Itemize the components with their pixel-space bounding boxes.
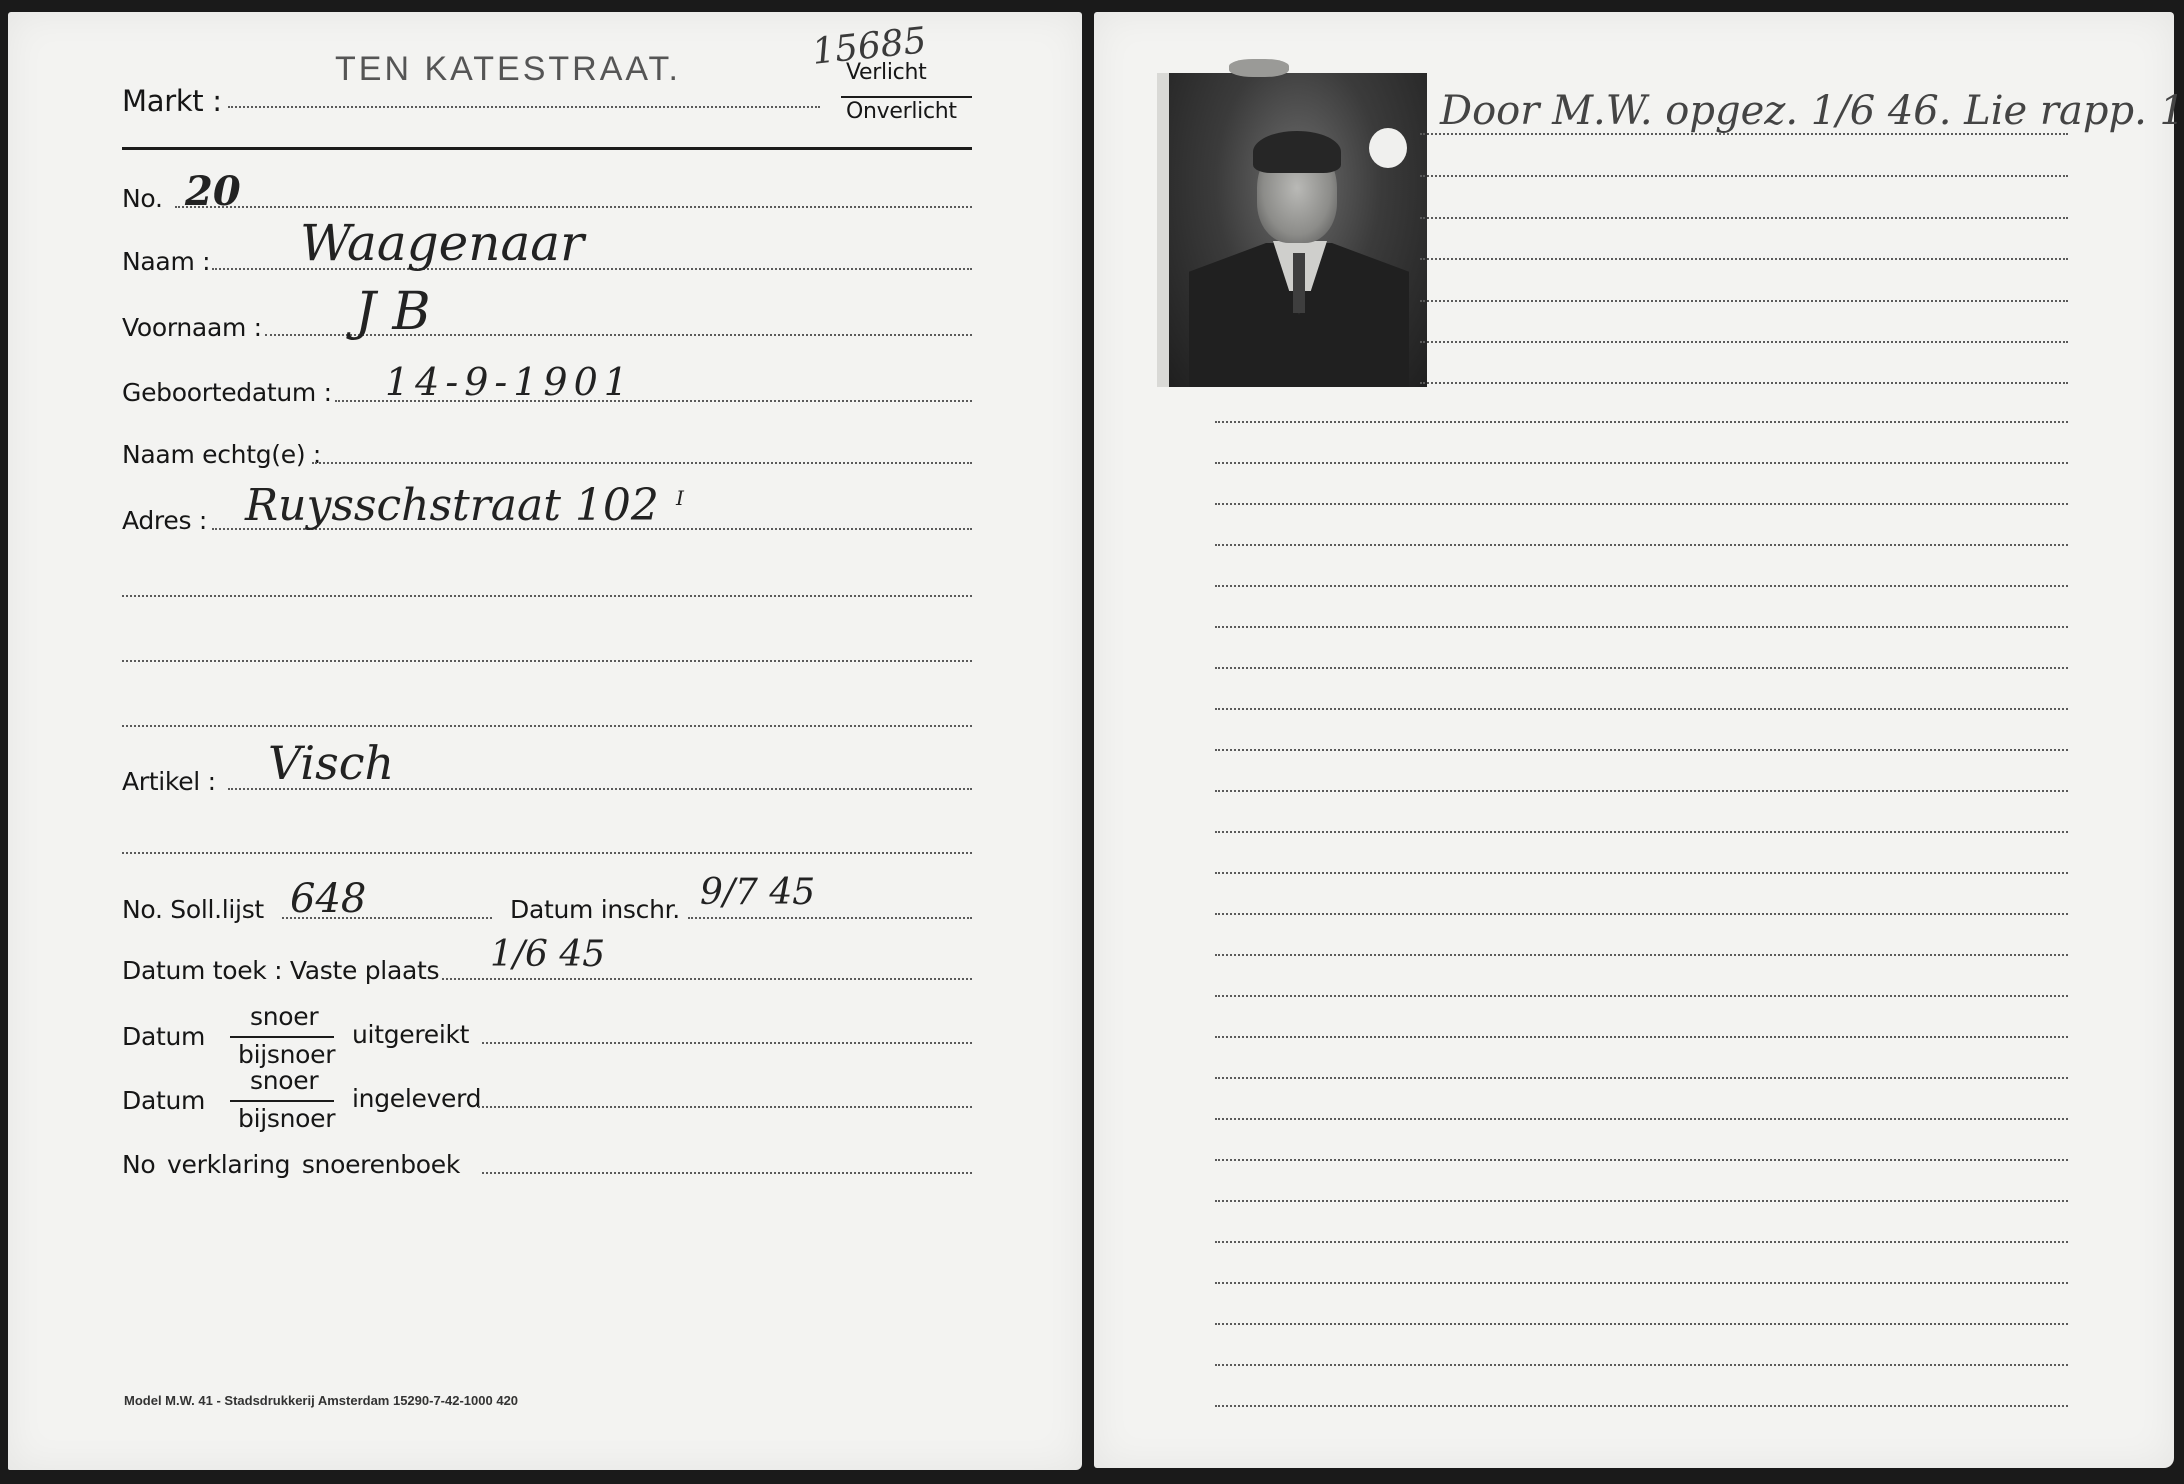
note-line[interactable] [1215, 503, 2068, 505]
naam-value: Waagenaar [300, 214, 584, 272]
note-line[interactable] [1420, 217, 2068, 219]
datum-inschr-label: Datum inschr. [510, 895, 680, 924]
datum-inschr-field[interactable] [688, 917, 972, 919]
photo-hair [1253, 131, 1341, 173]
onverlicht-option: Onverlicht [846, 99, 957, 124]
uitgereikt-label: uitgereikt [352, 1020, 469, 1049]
naam-echtgenote-label: Naam echtg(e) : [122, 440, 321, 469]
note-line[interactable] [1215, 1405, 2068, 1407]
voornaam-label: Voornaam : [122, 313, 262, 342]
datum-toek-label: Datum toek : Vaste plaats [122, 956, 439, 985]
note-line[interactable] [1215, 421, 2068, 423]
portrait-photo [1157, 73, 1427, 387]
fraction-top-snoer: snoer [250, 1066, 318, 1095]
adres-continued-line-3[interactable] [122, 725, 972, 727]
artikel-value: Visch [268, 736, 394, 790]
datum-ingeleverd-prefix: Datum [122, 1086, 205, 1115]
adres-value: Ruysschstraat 102 [245, 480, 659, 531]
note-line[interactable] [1420, 382, 2068, 384]
note-line[interactable] [1215, 1364, 2068, 1366]
no-verklaring-label: No verklaring snoerenboek [122, 1150, 460, 1179]
note-line[interactable] [1215, 954, 2068, 956]
note-line[interactable] [1215, 1159, 2068, 1161]
note-line[interactable] [1420, 300, 2068, 302]
note-line[interactable] [1215, 995, 2068, 997]
market-stamp: TEN KATESTRAAT. [335, 50, 681, 89]
header-rule [122, 147, 972, 150]
note-line[interactable] [1215, 872, 2068, 874]
adres-continued-line-2[interactable] [122, 660, 972, 662]
datum-inschr-value: 9/7 45 [700, 872, 815, 913]
markt-label: Markt : [122, 84, 222, 118]
adres-floor: I [676, 486, 684, 510]
note-line[interactable] [1215, 708, 2068, 710]
note-line[interactable] [1215, 585, 2068, 587]
note-line[interactable] [1215, 1077, 2068, 1079]
artikel-label: Artikel : [122, 767, 216, 796]
no-field[interactable] [175, 206, 972, 208]
datum-uitgereikt-field[interactable] [482, 1042, 972, 1044]
adres-label: Adres : [122, 506, 207, 535]
datum-uitgereikt-prefix: Datum [122, 1022, 205, 1051]
datum-toek-value: 1/6 45 [490, 934, 605, 975]
note-line[interactable] [1215, 667, 2068, 669]
note-line[interactable] [1420, 341, 2068, 343]
markt-field[interactable] [228, 106, 820, 108]
note-line[interactable] [1215, 1118, 2068, 1120]
note-line[interactable] [1215, 1323, 2068, 1325]
geboortedatum-label: Geboortedatum : [122, 378, 332, 407]
datum-toek-field[interactable] [442, 978, 972, 980]
fraction-top-snoer: snoer [250, 1002, 318, 1031]
no-soll-lijst-value: 648 [290, 876, 366, 922]
note-line[interactable] [1420, 258, 2068, 260]
note-line[interactable] [1215, 462, 2068, 464]
fraction-line [230, 1100, 334, 1102]
note-line[interactable] [1215, 749, 2068, 751]
photo-tie [1293, 253, 1305, 313]
naam-echtgenote-field[interactable] [312, 462, 972, 464]
note-line[interactable] [1420, 175, 2068, 177]
form-footer: Model M.W. 41 - Stadsdrukkerij Amsterdam… [124, 1393, 518, 1408]
photo-damage-hole [1369, 128, 1407, 168]
note-line[interactable] [1215, 544, 2068, 546]
note-line[interactable] [1215, 831, 2068, 833]
geboortedatum-value: 14-9-1901 [385, 360, 634, 404]
note-line[interactable] [1215, 1241, 2068, 1243]
note-line[interactable] [1420, 133, 2068, 135]
note-line[interactable] [1215, 1200, 2068, 1202]
verlicht-divider [841, 96, 972, 98]
no-label: No. [122, 184, 163, 213]
no-value: 20 [185, 168, 241, 215]
verlicht-option: Verlicht [846, 60, 926, 85]
fraction-line [230, 1036, 334, 1038]
note-line[interactable] [1215, 626, 2068, 628]
handwritten-note: Door M.W. opgez. 1/6 46. Lie rapp. 11/6 … [1440, 88, 2184, 134]
photo-tear [1229, 59, 1289, 77]
fraction-bottom-bijsnoer: bijsnoer [238, 1104, 335, 1133]
datum-ingeleverd-field[interactable] [478, 1106, 972, 1108]
note-line[interactable] [1215, 1036, 2068, 1038]
naam-label: Naam : [122, 247, 210, 276]
voornaam-value: J B [355, 282, 431, 342]
no-verklaring-field[interactable] [482, 1172, 972, 1174]
note-line[interactable] [1215, 790, 2068, 792]
adres-continued-line-1[interactable] [122, 595, 972, 597]
no-soll-lijst-label: No. Soll.lijst [122, 895, 264, 924]
note-line[interactable] [1215, 1282, 2068, 1284]
fraction-bottom-bijsnoer: bijsnoer [238, 1040, 335, 1069]
artikel-continued-line[interactable] [122, 852, 972, 854]
note-line[interactable] [1215, 913, 2068, 915]
ingeleverd-label: ingeleverd [352, 1084, 481, 1113]
